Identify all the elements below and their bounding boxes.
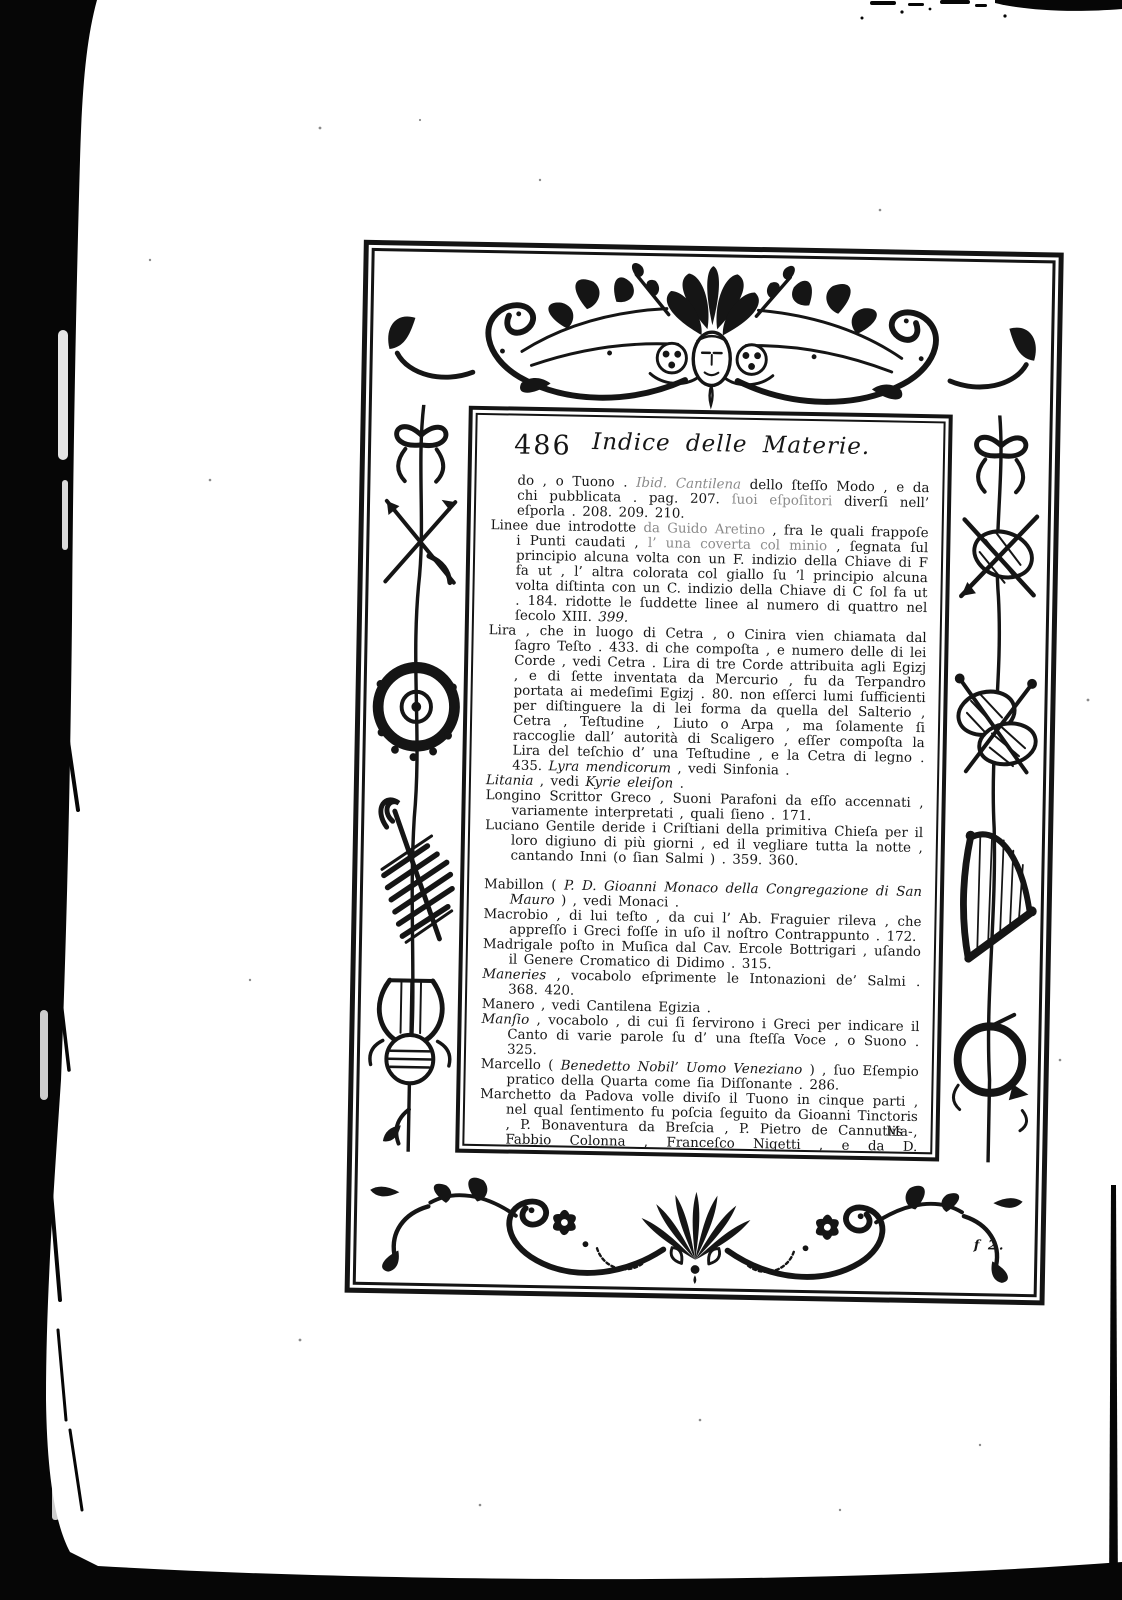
ribbon <box>986 415 1003 1162</box>
text-block-border: 486 Indice delle Materie. do , o Tuono .… <box>455 406 953 1162</box>
left-instrument-trophy-ornament <box>361 404 467 1153</box>
index-entry: Linee due introdotte da Guido Aretino , … <box>489 518 929 631</box>
top-edge-speckles <box>861 0 1122 20</box>
index-entry: Lira , che in luogo di Cetra , o Cinira … <box>486 623 927 781</box>
ornate-border-frame: 486 Indice delle Materie. do , o Tuono .… <box>345 240 1064 1306</box>
lyre-icon <box>369 980 451 1084</box>
signature-mark: f 2. <box>974 1238 1006 1254</box>
right-instrument-trophy-ornament <box>941 415 1047 1164</box>
index-entry: Manſio , vocabolo , di cui ſi ſervirono … <box>481 1012 920 1065</box>
panpipes-and-crook-icon <box>378 800 453 943</box>
page-edge-line <box>1109 1185 1118 1600</box>
catchword: Ma- <box>886 1123 913 1139</box>
hunting-horn-icon <box>953 1014 1030 1131</box>
harp-icon <box>962 831 1038 960</box>
index-entry: Luciano Gentile deride i Criſtiani della… <box>484 818 923 871</box>
rosette <box>550 1210 579 1236</box>
mask-headpiece-ornament <box>375 254 1050 416</box>
page-header: 486 Indice delle Materie. <box>492 427 931 473</box>
central-palmette <box>638 1191 753 1285</box>
page-number: 486 <box>514 430 572 462</box>
index-entry: Marchetto da Padova volle diviſo il Tuon… <box>478 1087 918 1154</box>
text-block: 486 Indice delle Materie. do , o Tuono .… <box>462 413 945 1154</box>
bottom-scroll-ornament <box>359 1151 1033 1291</box>
index-entries: do , o Tuono . Ibid. Cantilena dello ſte… <box>477 473 929 1154</box>
scanned-book-page: { "page": { "number": "486", "title": "I… <box>0 0 1122 1600</box>
index-entry: do , o Tuono . Ibid. Cantilena dello ſte… <box>491 473 930 526</box>
